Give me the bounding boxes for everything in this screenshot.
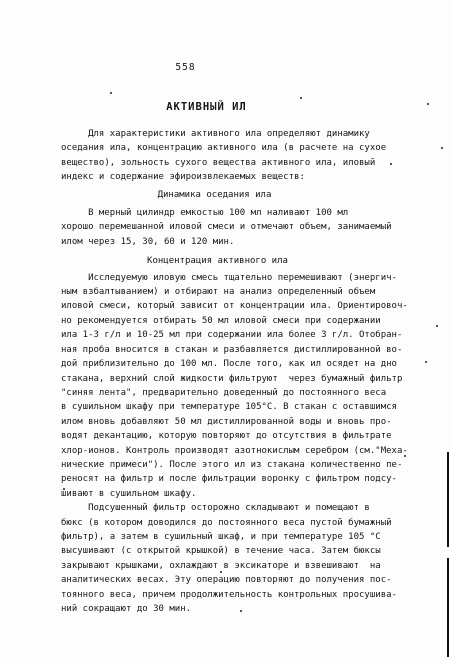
scan-speck [425,361,427,363]
concentration-paragraph-2: Подсушенный фильтр осторожно складывают … [61,501,410,616]
section-heading-sludge-concentration: Концентрация активного ила [43,254,392,268]
page-title: АКТИВНЫЙ ИЛ [32,101,381,113]
scan-speck [404,455,406,457]
scan-speck [240,610,242,612]
section-heading-sludge-sedimentation: Динамика оседания ила [40,188,389,202]
scan-speck [441,147,443,149]
scan-speck [427,103,429,105]
sedimentation-paragraph: В мерный цилиндр емкостью 100 мл наливаю… [61,206,410,249]
scan-speck [300,97,302,99]
page-number: 558 [11,62,360,74]
scan-speck [220,571,222,573]
scan-edge-line [447,558,449,657]
concentration-paragraph-1: Исследуемую иловую смесь тщательно перем… [61,271,410,502]
scan-speck [436,325,438,327]
scanned-page: 558 АКТИВНЫЙ ИЛ Для характеристики актив… [0,0,450,662]
scan-speck [110,92,112,94]
scan-speck [63,488,65,490]
scan-edge-line [447,452,449,547]
intro-paragraph: Для характеристики активного ила определ… [61,127,410,185]
scan-speck [390,163,392,165]
